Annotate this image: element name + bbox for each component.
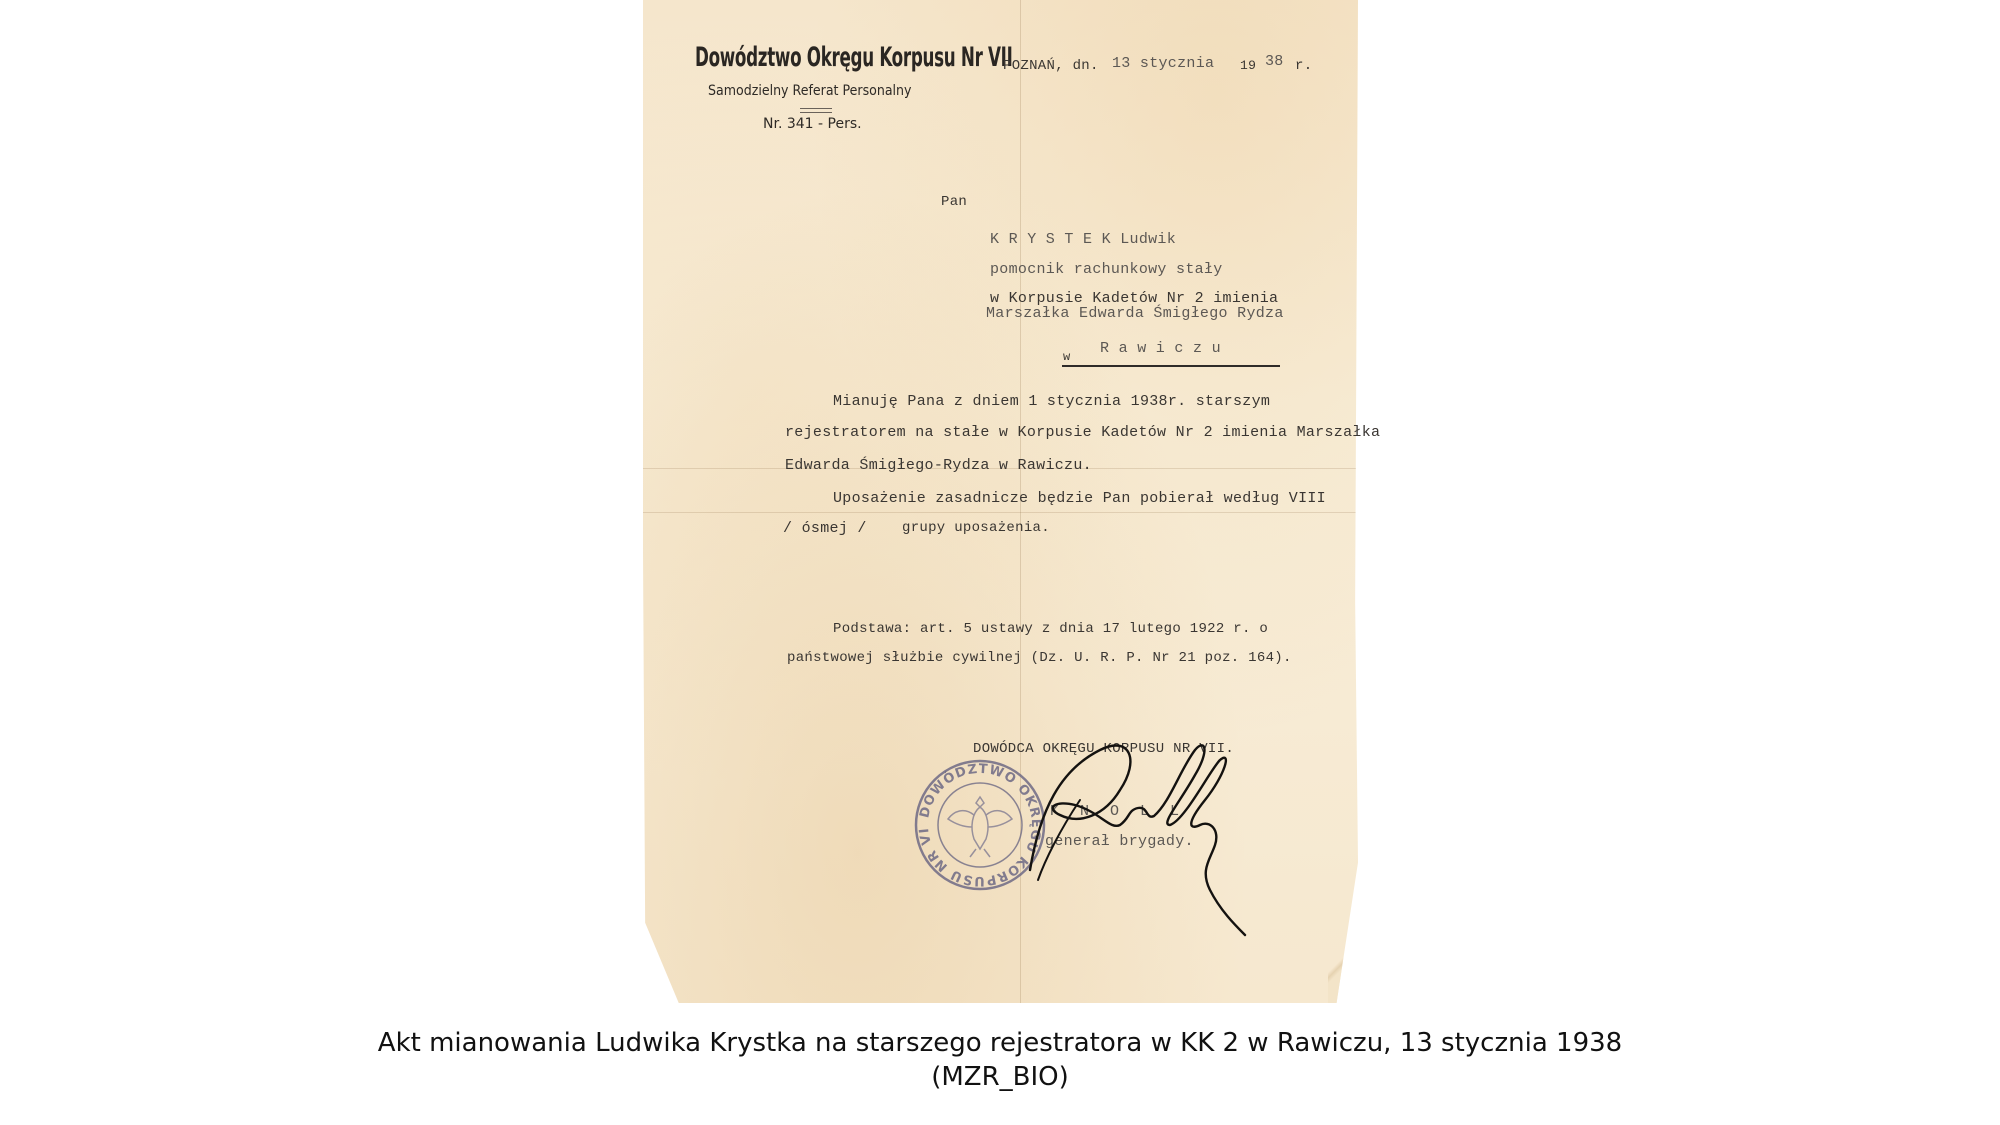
letterhead-title: Dowództwo Okręgu Korpusu Nr VII	[695, 42, 1013, 73]
eagle-emblem-icon	[948, 797, 1012, 857]
body-line-1: Mianuję Pana z dniem 1 stycznia 1938r. s…	[833, 393, 1270, 410]
horizontal-fold-line	[643, 512, 1358, 513]
addressee-unit-line2: Marszałka Edwarda Śmigłego Rydza	[986, 305, 1284, 322]
body-line-5b: grupy uposażenia.	[902, 520, 1050, 536]
body-line-2: rejestratorem na stałe w Korpusie Kadetó…	[785, 424, 1380, 441]
date-year-prefix: 19	[1240, 58, 1256, 73]
addressee-city: R a w i c z u	[1100, 340, 1221, 357]
city-underline	[1062, 365, 1280, 367]
date-year-suffix: 38	[1265, 53, 1284, 70]
letterhead-subtitle: Samodzielny Referat Personalny	[708, 83, 911, 99]
body-line-5a: / ósmej /	[783, 520, 867, 537]
date-year-end: r.	[1295, 58, 1312, 74]
addressee-position: pomocnik rachunkowy stały	[990, 261, 1223, 278]
date-place: POZNAŃ, dn.	[1003, 58, 1099, 74]
reference-number: Nr. 341 - Pers.	[763, 116, 862, 132]
basis-line-2: państwowej służbie cywilnej (Dz. U. R. P…	[787, 650, 1292, 666]
body-line-4: Uposażenie zasadnicze będzie Pan pobiera…	[833, 490, 1326, 507]
addressee-name: K R Y S T E K Ludwik	[990, 231, 1176, 248]
caption-line-1: Akt mianowania Ludwika Krystka na starsz…	[0, 1028, 2000, 1058]
caption-line-2: (MZR_BIO)	[0, 1062, 2000, 1092]
salutation: Pan	[941, 194, 967, 210]
addressee-city-prefix: w	[1063, 350, 1071, 364]
basis-line-1: Podstawa: art. 5 ustawy z dnia 17 lutego…	[833, 621, 1268, 637]
body-line-3: Edwarda Śmigłego-Rydza w Rawiczu.	[785, 457, 1092, 474]
letterhead-double-rule	[800, 108, 832, 113]
handwritten-signature	[1020, 730, 1260, 940]
torn-corner	[1328, 923, 1358, 1003]
date-day-month: 13 stycznia	[1112, 55, 1214, 72]
